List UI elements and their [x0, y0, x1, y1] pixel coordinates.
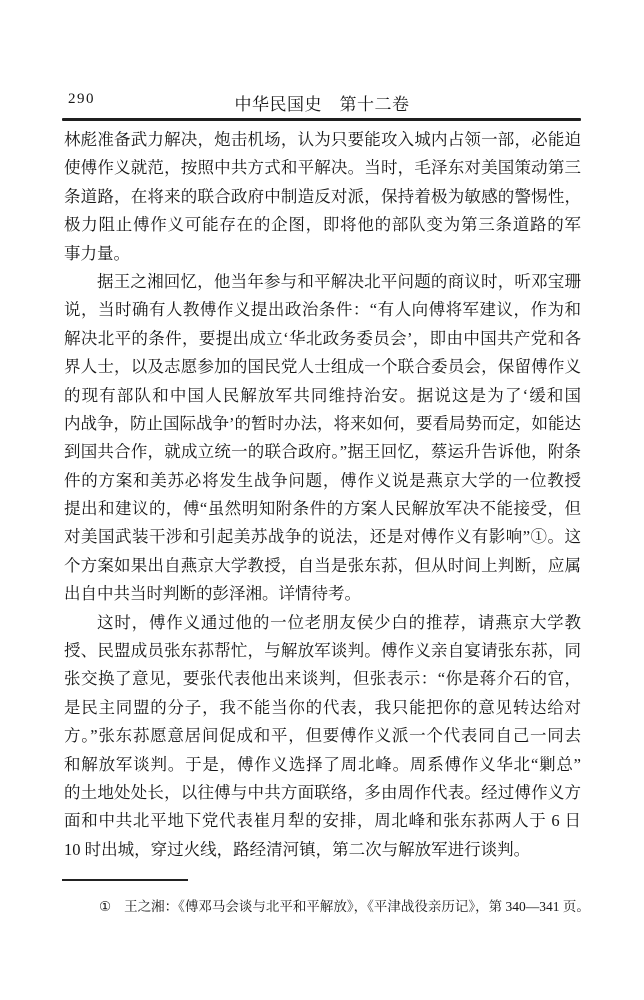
text-line: 的现有部队和中国人民解放军共同维持治安。据说这是为了‘缓和国 — [64, 382, 581, 410]
body-text: 林彪准备武力解决，炮击机场，认为只要能攻入城内占领一部，必能迫使傅作义就范，按照… — [64, 126, 581, 864]
text-line: 张交换了意见，要张代表他出来谈判，但张表示：“你是蒋介石的官，我 — [64, 665, 581, 693]
footnote: ①王之湘：《傅邓马会谈与北平和平解放》，《平津战役亲历记》，第 340—341 … — [99, 896, 596, 917]
text-line: 是民主同盟的分子，我不能当你的代表，我只能把你的意见转达给对 — [64, 694, 581, 722]
text-line: 事力量。 — [64, 240, 581, 268]
paragraph: 林彪准备武力解决，炮击机场，认为只要能攻入城内占领一部，必能迫使傅作义就范，按照… — [64, 126, 581, 268]
text-line: 个方案如果出自燕京大学教授，自当是张东荪，但从时间上判断，应属 — [64, 552, 581, 580]
text-line: 极力阻止傅作义可能存在的企图，即将他的部队变为第三条道路的军 — [64, 211, 581, 239]
paragraph: 这时，傅作义通过他的一位老朋友侯少白的推荐，请燕京大学教授、民盟成员张东荪帮忙，… — [64, 609, 581, 865]
footnote-separator-rule — [62, 879, 188, 881]
text-line: 面和中共北平地下党代表崔月犁的安排，周北峰和张东荪两人于 6 日 — [64, 807, 581, 835]
text-line: 和解放军谈判。于是，傅作义选择了周北峰。周系傅作义华北“剿总” — [64, 751, 581, 779]
text-line: 提出和建议的，傅“虽然明知附条件的方案人民解放军决不能接受，但 — [64, 495, 581, 523]
text-line: 使傅作义就范，按照中共方式和平解决。当时，毛泽东对美国策动第三 — [64, 154, 581, 182]
text-line: 说，当时确有人教傅作义提出政治条件：“有人向傅将军建议，作为和平 — [64, 296, 581, 324]
footnote-text: 王之湘：《傅邓马会谈与北平和平解放》，《平津战役亲历记》，第 340—341 页… — [124, 899, 590, 914]
text-line: 到国共合作，就成立统一的联合政府。”据王回忆，蔡运升告诉他，附条 — [64, 438, 581, 466]
footnote-marker: ① — [99, 896, 111, 917]
paragraph: 据王之湘回忆，他当年参与和平解决北平问题的商议时，听邓宝珊说，当时确有人教傅作义… — [64, 268, 581, 609]
text-line: 解决北平的条件，要提出成立‘华北政务委员会’，即由中国共产党和各 — [64, 325, 581, 353]
text-line: 的土地处处长，以往傅与中共方面联络，多由周作代表。经过傅作义方 — [64, 779, 581, 807]
header-rule — [62, 118, 581, 121]
text-line: 10 时出城，穿过火线，路经清河镇，第二次与解放军进行谈判。 — [64, 836, 581, 864]
text-line: 据王之湘回忆，他当年参与和平解决北平问题的商议时，听邓宝珊 — [64, 268, 581, 296]
book-page: 290 中华民国史 第十二卷 林彪准备武力解决，炮击机场，认为只要能攻入城内占领… — [0, 0, 644, 1000]
text-line: 内战争，防止国际战争’的暂时办法，将来如何，要看局势而定，如能达 — [64, 410, 581, 438]
text-line: 这时，傅作义通过他的一位老朋友侯少白的推荐，请燕京大学教 — [64, 609, 581, 637]
text-line: 授、民盟成员张东荪帮忙，与解放军谈判。傅作义亲自宴请张东荪，同 — [64, 637, 581, 665]
text-line: 件的方案和美苏必将发生战争问题，傅作义说是燕京大学的一位教授 — [64, 467, 581, 495]
page-header: 290 中华民国史 第十二卷 — [62, 90, 582, 112]
text-line: 方。”张东荪愿意居间促成和平，但要傅作义派一个代表同自己一同去 — [64, 722, 581, 750]
text-line: 条道路，在将来的联合政府中制造反对派，保持着极为敏感的警惕性， — [64, 183, 581, 211]
text-line: 对美国武装干涉和引起美苏战争的说法，还是对傅作义有影响”①。这 — [64, 523, 581, 551]
text-line: 界人士，以及志愿参加的国民党人士组成一个联合委员会，保留傅作义 — [64, 353, 581, 381]
text-line: 出自中共当时判断的彭泽湘。详情待考。 — [64, 580, 581, 608]
running-title: 中华民国史 第十二卷 — [62, 90, 582, 115]
text-line: 林彪准备武力解决，炮击机场，认为只要能攻入城内占领一部，必能迫 — [64, 126, 581, 154]
